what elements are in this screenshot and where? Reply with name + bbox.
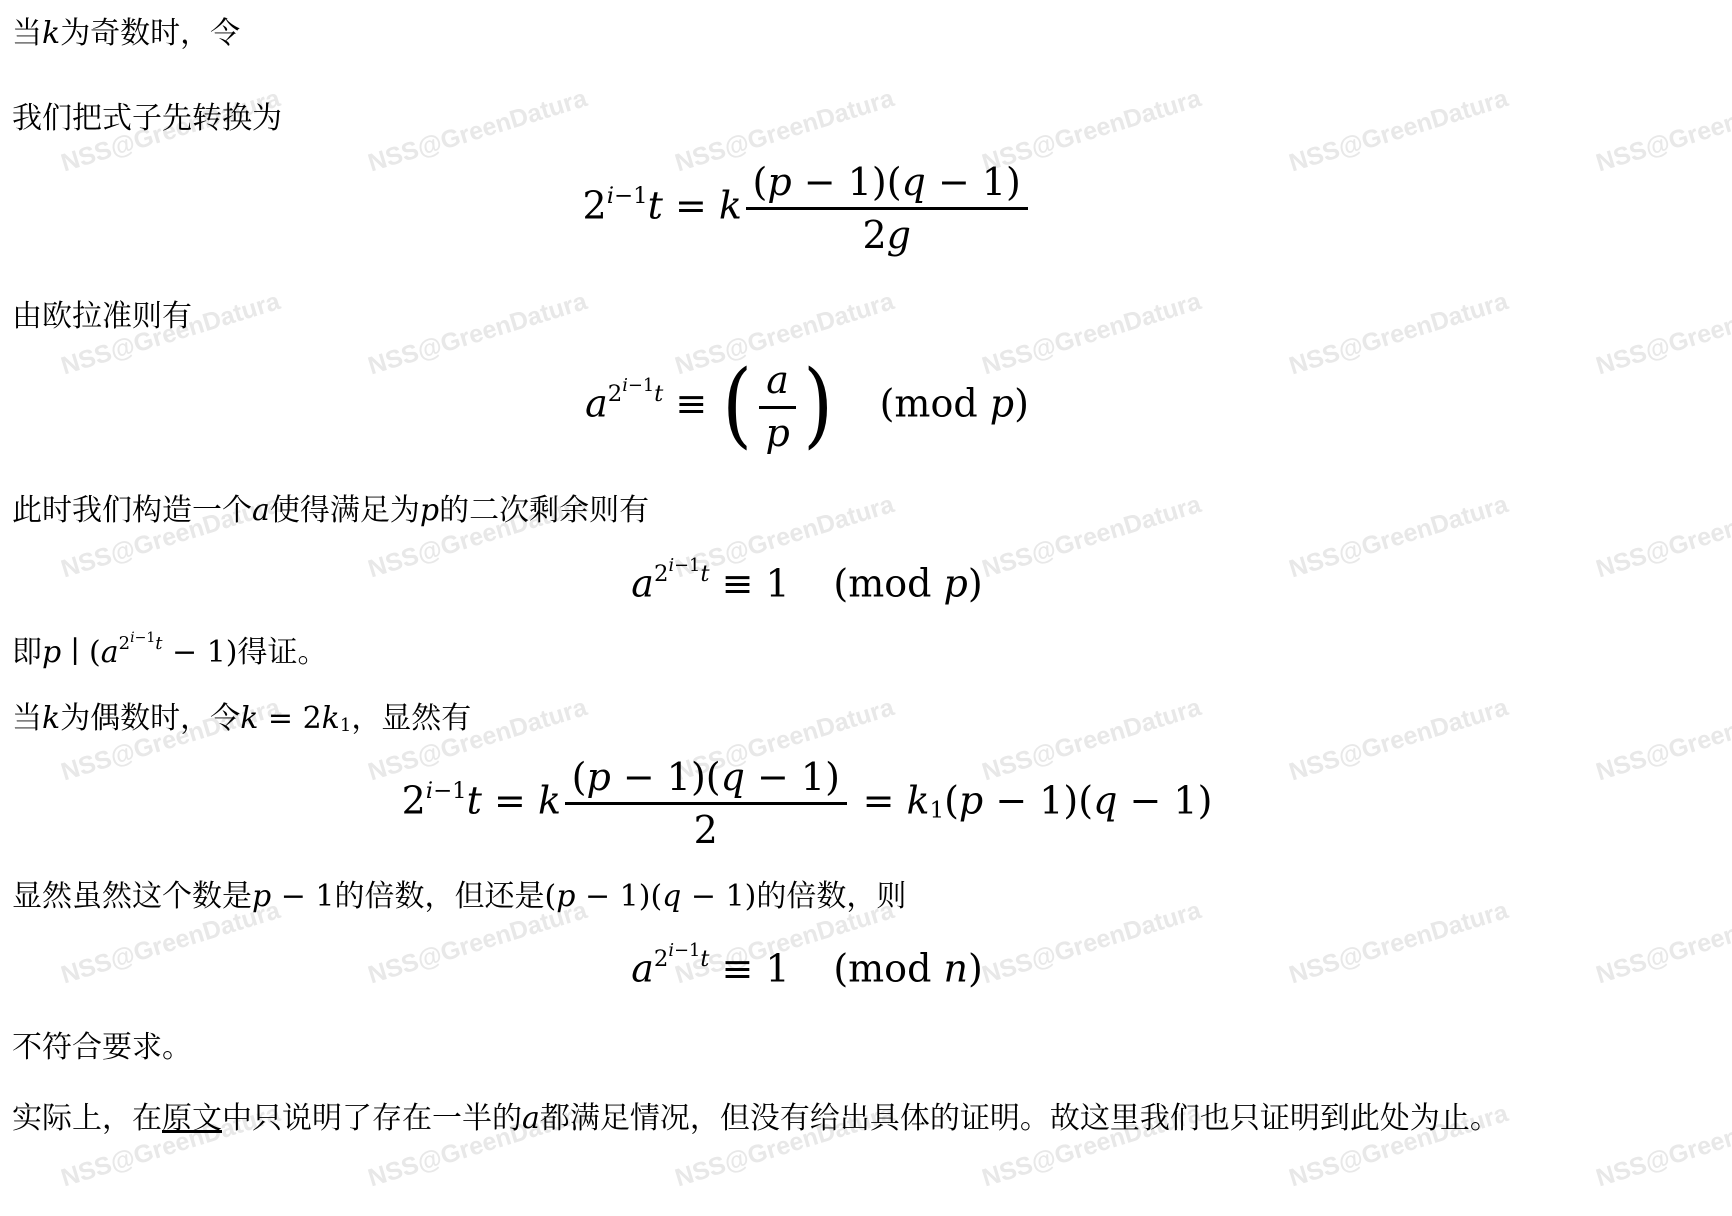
fraction: ap	[759, 359, 795, 455]
superscript: i−1	[622, 375, 654, 396]
superscript: i−1	[130, 629, 155, 645]
superscript: 2i−1t	[654, 561, 710, 587]
fraction-denominator: p	[765, 409, 789, 455]
text-run: 都满足情况，但没有给出具体的证明。故这里我们也只证明到此处为止。	[540, 1102, 1500, 1135]
text-run: 使得满足为	[270, 494, 420, 527]
superscript: i−1	[668, 555, 700, 576]
math-run: − 1)	[745, 755, 840, 799]
math-variable: k	[907, 778, 930, 822]
math-variable: a	[585, 382, 608, 426]
math-run: − 1)	[926, 160, 1021, 204]
math-run: (	[545, 879, 557, 914]
math-variable: a	[631, 946, 654, 990]
text-run: 即	[12, 636, 42, 669]
math-run: ≡ 1	[709, 946, 789, 990]
superscript: 2i−1t	[654, 946, 710, 972]
paragraph-k-even: 当k为偶数时，令k = 2k1，显然有	[12, 699, 1720, 740]
fraction-denominator: 2g	[862, 210, 911, 256]
math-run: (mod	[880, 382, 990, 426]
math-run: 2	[654, 946, 669, 972]
math-run: − 1)	[1117, 778, 1212, 822]
display-formula-1: 2i−1t = k(p − 1)(q − 1)2g	[12, 161, 1602, 257]
math-run: − 1	[271, 879, 334, 914]
link-original-text[interactable]: 原文	[162, 1102, 222, 1135]
math-run: − 1)(	[611, 755, 721, 799]
math-variable: q	[902, 160, 926, 204]
math-run: 2	[654, 561, 669, 587]
text-run: 显然虽然这个数是	[12, 880, 252, 913]
fraction-numerator: (p − 1)(q − 1)	[565, 756, 847, 805]
math-variable: p	[765, 411, 789, 455]
superscript: 2i−1t	[119, 633, 163, 653]
fraction-numerator: a	[759, 359, 795, 408]
math-run: −1	[614, 183, 648, 209]
superscript: i−1	[668, 940, 700, 961]
math-variable: p	[42, 635, 61, 670]
text-run: 中只说明了存在一半的	[222, 1102, 522, 1135]
text-run: 为偶数时，令	[60, 702, 240, 735]
math-variable: t	[648, 183, 663, 227]
math-variable: a	[766, 358, 789, 402]
math-variable: t	[467, 778, 482, 822]
math-run: (	[572, 755, 587, 799]
math-run: −1	[135, 630, 156, 646]
math-run: 2	[583, 183, 607, 227]
math-run: − 1)	[681, 879, 756, 914]
math-run: − 1)	[163, 635, 238, 670]
text-run: 的二次剩余则有	[439, 494, 649, 527]
paragraph-multiple: 显然虽然这个数是p − 1的倍数，但还是(p − 1)(q − 1)的倍数，则	[12, 877, 1720, 918]
math-variable: k	[240, 701, 258, 736]
paragraph-convert-intro: 我们把式子先转换为	[12, 99, 1720, 140]
display-formula-5: a2i−1t ≡ 1(mod n)	[12, 942, 1602, 990]
math-run: (mod	[833, 946, 943, 990]
math-variable: k	[719, 183, 742, 227]
superscript: 2i−1t	[608, 381, 664, 407]
subscript: 1	[930, 797, 945, 823]
math-variable: i	[607, 183, 614, 209]
math-variable: t	[654, 381, 663, 407]
paragraph-euler-criterion: 由欧拉准则有	[12, 297, 1720, 338]
math-variable: p	[959, 778, 983, 822]
text-run: 当	[12, 702, 42, 735]
math-run: )	[968, 946, 983, 990]
display-formula-4: 2i−1t = k(p − 1)(q − 1)2 = k1(p − 1)(q −…	[12, 756, 1602, 852]
math-run: ≡ 1	[710, 562, 790, 606]
math-run: −1	[433, 777, 467, 803]
math-run: −1	[628, 375, 654, 396]
math-run: − 1)(	[983, 778, 1093, 822]
math-run: 2	[608, 381, 623, 407]
math-run: )	[1014, 382, 1029, 426]
math-variable: k	[538, 778, 561, 822]
text-run: 由欧拉准则有	[12, 300, 192, 333]
math-run: 1	[340, 715, 351, 736]
math-variable: a	[101, 635, 119, 670]
text-run: 的倍数，则	[756, 880, 906, 913]
text-run: 不符合要求。	[12, 1031, 192, 1064]
fraction: (p − 1)(q − 1)2	[565, 756, 847, 852]
math-variable: k	[42, 701, 60, 736]
superscript: i−1	[426, 777, 467, 803]
paragraph-k-odd: 当k为奇数时，令	[12, 14, 1720, 55]
math-variable: q	[662, 879, 681, 914]
math-run: 2	[862, 213, 886, 257]
math-variable: p	[586, 755, 610, 799]
fraction: (p − 1)(q − 1)2g	[746, 161, 1028, 257]
text-run: 为奇数时，令	[60, 17, 240, 50]
paragraph-proved: 即p ∣ (a2i−1t − 1)得证。	[12, 630, 1720, 673]
paragraph-not-satisfy: 不符合要求。	[12, 1028, 1720, 1069]
text-run: 当	[12, 17, 42, 50]
text-run: ，显然有	[351, 702, 471, 735]
math-variable: p	[767, 160, 791, 204]
text-run: 得证。	[238, 636, 328, 669]
display-formula-2: a2i−1t ≡ (ap)(mod p)	[12, 359, 1602, 455]
text-run: 实际上，在	[12, 1102, 162, 1135]
math-run: =	[482, 778, 538, 822]
math-run: (mod	[833, 562, 943, 606]
superscript: i−1	[607, 183, 648, 209]
fraction-numerator: (p − 1)(q − 1)	[746, 161, 1028, 210]
math-run: 2	[119, 633, 130, 654]
math-variable: n	[943, 946, 967, 990]
paragraph-construct-a: 此时我们构造一个a使得满足为p的二次剩余则有	[12, 491, 1720, 532]
math-variable: g	[887, 213, 911, 257]
text-run: 我们把式子先转换为	[12, 102, 282, 135]
text-run: 此时我们构造一个	[12, 494, 252, 527]
math-variable: p	[944, 562, 968, 606]
math-run: − 1)(	[792, 160, 902, 204]
math-variable: q	[1093, 778, 1117, 822]
math-run: − 1)(	[575, 879, 662, 914]
math-run: 2	[694, 808, 718, 852]
math-run: )	[968, 562, 983, 606]
math-run: 1	[930, 797, 945, 823]
math-variable: a	[522, 1101, 540, 1136]
math-run: =	[663, 183, 719, 227]
math-variable: k	[322, 701, 340, 736]
math-variable: a	[631, 562, 654, 606]
subscript: 1	[340, 715, 351, 735]
math-variable: t	[700, 561, 709, 587]
text-run: 的倍数，但还是	[335, 880, 545, 913]
math-variable: q	[721, 755, 745, 799]
math-run: −1	[674, 940, 700, 961]
math-run: ∣ (	[61, 635, 101, 670]
math-variable: k	[42, 16, 60, 51]
math-variable: p	[990, 382, 1014, 426]
math-variable: t	[155, 633, 162, 654]
math-variable: a	[252, 493, 270, 528]
math-variable: i	[426, 777, 433, 803]
math-variable: p	[252, 879, 271, 914]
paragraph-conclusion: 实际上，在原文中只说明了存在一半的a都满足情况，但没有给出具体的证明。故这里我们…	[12, 1099, 1720, 1140]
math-run: 2	[402, 778, 426, 822]
math-run: = 2	[258, 701, 321, 736]
document-content: 当k为奇数时，令 我们把式子先转换为 2i−1t = k(p − 1)(q − …	[12, 0, 1720, 1139]
math-variable: p	[556, 879, 575, 914]
math-run: =	[851, 778, 907, 822]
math-variable: p	[420, 493, 439, 528]
math-run: ≡	[663, 382, 719, 426]
fraction-denominator: 2	[694, 805, 718, 851]
math-run: (	[944, 778, 959, 822]
math-run: (	[753, 160, 768, 204]
display-formula-3: a2i−1t ≡ 1(mod p)	[12, 557, 1602, 605]
math-run: −1	[674, 555, 700, 576]
